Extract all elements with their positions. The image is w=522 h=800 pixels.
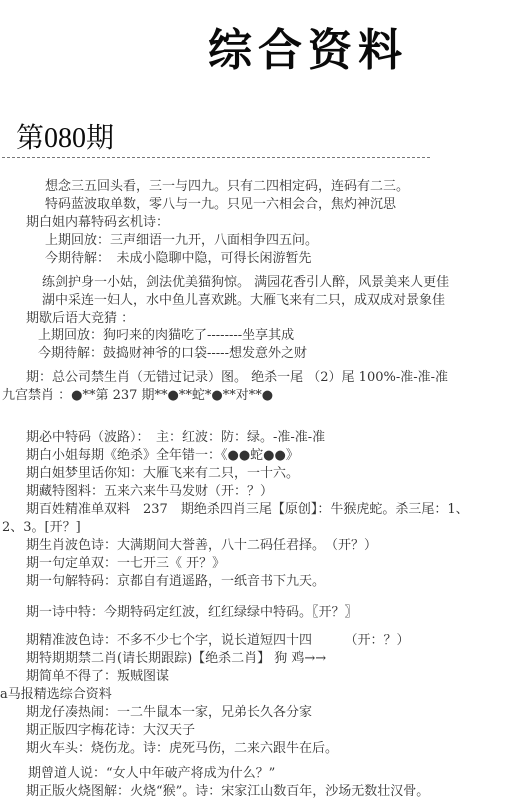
text-line: 期歇后语大竞猜 ：: [26, 311, 134, 327]
issue-number: 第080期: [16, 116, 114, 156]
text-line: 期生肖波色诗：大满期间大誉善，八十二码任君择。 （开？）: [26, 538, 377, 554]
text-line: 期特期期禁二肖(请长期跟踪)【绝杀二肖】 狗 鸡→→: [26, 651, 326, 667]
text-line: 今期待解： 未成小隐聊中隐，可得长闲游暂先: [45, 251, 312, 267]
text-line: 期一诗中特：今期特码定红波，红红绿绿中特码。〖开？〗: [26, 605, 358, 621]
document-title: 综合资料: [208, 14, 408, 78]
text-line: 想念三五回头看，三一与四九。只有二四相定码，连码有二三。: [45, 179, 409, 195]
text-line: 期火车头：烧伤龙。诗：虎死马伤，二来六跟牛在后。: [26, 741, 338, 757]
text-line: 期正版火烧图解：火烧“猴”。诗：宋家江山数百年，沙场无数壮汉骨。: [26, 784, 429, 800]
text-line: 期曾道人说：“女人中年破产将成为什么？”: [28, 766, 275, 782]
text-line: 期：总公司禁生肖（无错过记录）图。 绝杀一尾 （2）尾 100%-准-准-准: [26, 370, 448, 386]
text-line: 期一句定单双：一七开三《 开？》: [26, 556, 225, 572]
text-line: 期白姐内幕特码玄机诗：: [26, 215, 169, 231]
divider: [2, 157, 430, 158]
text-line: 期正版四字梅花诗：大汉天子: [26, 723, 195, 739]
text-line: 期藏特图料：五来六来牛马发财（开：？）: [26, 484, 273, 500]
text-line: 上期回放：狗叼来的肉猫吃了--------坐享其成: [38, 328, 294, 344]
text-line: 九宫禁肖 ：●**第 237 期**●**蛇*●**对**●: [2, 388, 273, 404]
text-line: 2、3。[开？]: [2, 520, 81, 536]
text-line: 期精准波色诗：不多不少七个字，说长道短四十四 （开：？）: [26, 633, 410, 649]
text-line: 特码蓝波取单数，零八与一九。只见一六相会合，焦灼神沉思: [45, 197, 396, 213]
text-line: 期必中特码（波路）： 主：红波：防：绿。-准-准-准: [26, 430, 325, 446]
text-line: 期简单不得了：叛贼图谋: [26, 669, 169, 685]
text-line: 湖中采连一妇人，水中鱼儿喜欢跳。大雁飞来有二只，成双成对景象佳: [42, 293, 445, 309]
text-line: 上期回放：三声细语一九开，八面相争四五问。: [45, 233, 318, 249]
text-line: 期白姐梦里话你知：大雁飞来有二只，一十六。: [26, 466, 299, 482]
text-line: 练剑护身一小姑，剑法优美猫狗惊。 满园花香引人醉，风景美来人更佳: [42, 275, 449, 291]
text-line: 期龙仔凑热闹：一二牛鼠本一家，兄弟长久各分家: [26, 705, 312, 721]
text-line: 期一句解特码：京都自有逍遥路，一纸音书下九天。: [26, 574, 325, 590]
text-line: 期白小姐每期《绝杀》全年错一：《●●蛇●●》: [26, 448, 299, 464]
text-line: a马报精选综合资料: [0, 687, 112, 703]
text-line: 今期待解：鼓捣财神爷的口袋-----想发意外之财: [38, 346, 307, 362]
text-line: 期百姓精准单双料 237 期绝杀四肖三尾【原创】：牛猴虎蛇。杀三尾：1、: [26, 502, 469, 518]
